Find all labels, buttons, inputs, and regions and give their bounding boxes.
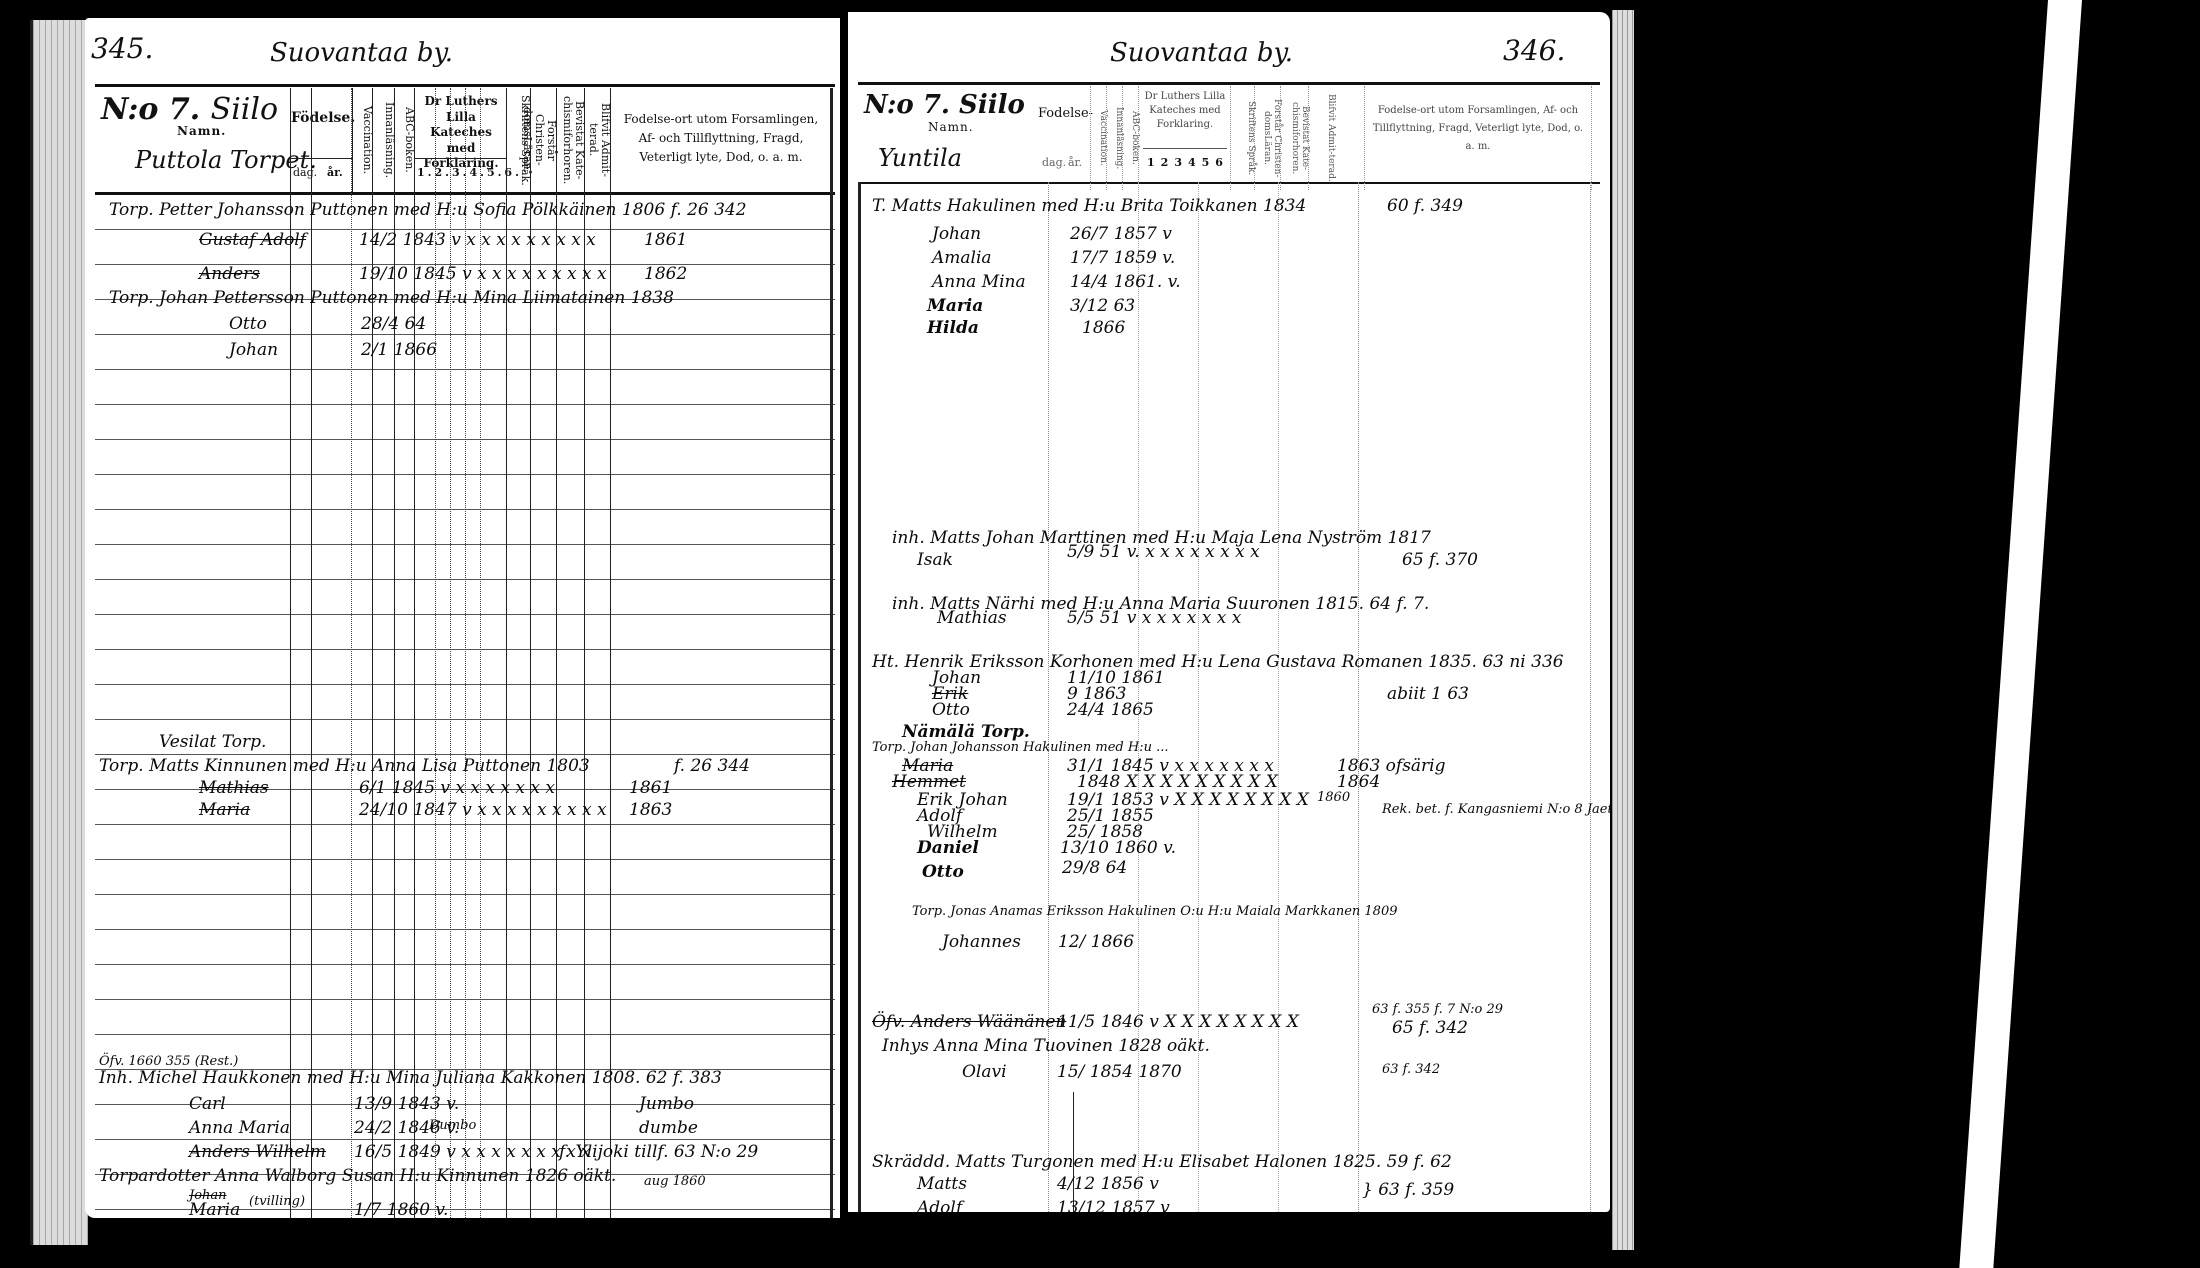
handwritten-entry: Carl — [189, 1094, 226, 1114]
handwritten-entry: 16/5 1849 v x x x x x x x x x — [354, 1142, 591, 1162]
handwritten-entry: Torp. Petter Johansson Puttonen med H:u … — [109, 200, 747, 220]
handwritten-entry: 14/4 1861. v. — [1070, 272, 1181, 292]
handwritten-entry: 1862 — [644, 264, 687, 284]
handwritten-entry: 11/5 1846 v X X X X X X X X — [1057, 1012, 1299, 1032]
handwritten-entry: 1861 — [644, 230, 687, 250]
page-edge-rule — [858, 182, 861, 1212]
handwritten-entry: dumbe — [639, 1118, 698, 1138]
handwritten-entry: 6/1 1845 v x x x x x x x — [359, 778, 555, 798]
handwritten-entry: 65 f. 342 — [1392, 1018, 1468, 1038]
column-rule — [450, 88, 451, 1218]
blifvit-column: Blifvit Admit-terad. — [584, 88, 611, 192]
remarks-column: Fodelse-ort utom Forsamlingen, Af- och T… — [1364, 86, 1592, 190]
handwritten-entry: Mathias — [199, 778, 269, 798]
handwritten-entry: Amalia — [932, 248, 992, 268]
handwritten-entry: Dumbo — [429, 1118, 476, 1133]
handwritten-entry: 13/10 1860 v. — [1060, 838, 1176, 858]
column-rule — [414, 88, 415, 1218]
handwritten-entry: Inhys Anna Mina Tuovinen 1828 oäkt. — [882, 1036, 1210, 1056]
handwritten-entry: Anna Mina — [932, 272, 1026, 292]
namn-label: Namn. — [177, 124, 226, 138]
column-rule — [556, 88, 557, 1218]
handwritten-entry: Anders Wilhelm — [189, 1142, 326, 1162]
handwritten-entry: Öfv. Anders Wäänänen — [872, 1012, 1066, 1032]
handwritten-entry: 5/9 51 v. x x x x x x x x — [1067, 542, 1260, 562]
handwritten-entry: Otto — [922, 862, 964, 882]
handwritten-entry: 1866 — [1082, 318, 1125, 338]
column-rule — [1278, 182, 1279, 1212]
luther-catechism-column: Dr Luthers Lilla Kateches med Forklaring… — [414, 88, 507, 192]
innanlasning-column: Innanläsning. — [1106, 86, 1123, 190]
handwritten-entry: 1860 — [1317, 790, 1350, 805]
handwritten-entry: (tvilling) — [249, 1194, 305, 1209]
column-rule — [610, 88, 611, 1218]
handwritten-entry: Torp. Johan Johansson Hakulinen med H:u … — [872, 740, 1168, 755]
village-heading: Suovantaa by. — [1110, 38, 1293, 68]
household-number: N:o 7. Siilo — [101, 92, 278, 127]
handwritten-entry: } 63 f. 359 — [1362, 1180, 1454, 1200]
handwritten-entry: 63 f. 342 — [1382, 1062, 1440, 1077]
column-rule — [1198, 182, 1199, 1212]
handwritten-entry: Johan — [932, 224, 981, 244]
handwritten-entry: Olavi — [962, 1062, 1007, 1082]
vaccination-column: Vaccination. — [352, 88, 373, 192]
handwritten-entry: Öfv. 1660 355 (Rest.) — [99, 1054, 238, 1069]
handwritten-entry: 17/7 1859 v. — [1070, 248, 1175, 268]
handwritten-entry: Maria — [199, 800, 250, 820]
handwritten-entry: f. Ylijoki tillf. 63 N:o 29 — [559, 1142, 758, 1162]
book-page-stack-right — [1612, 10, 1634, 1250]
column-rule — [311, 88, 312, 1218]
handwritten-entry: 24/4 1865 — [1067, 700, 1154, 720]
handwritten-entry: abiit 1 63 — [1387, 684, 1469, 704]
column-rule — [372, 88, 373, 1218]
handwritten-entry: 24/10 1847 v x x x x x x x x x — [359, 800, 607, 820]
handwritten-entry: Johannes — [942, 932, 1021, 952]
handwritten-entry: 63 f. 355 f. 7 N:o 29 — [1372, 1002, 1503, 1017]
handwritten-entry: Mathias — [937, 608, 1007, 628]
handwritten-entry: Inh. Michel Haukkonen med H:u Mina Julia… — [99, 1068, 722, 1088]
handwritten-entry: 13/12 1857 v — [1057, 1198, 1170, 1212]
handwritten-entry: 4/12 1856 v — [1057, 1174, 1159, 1194]
handwritten-entry: 29/8 64 — [1062, 858, 1127, 878]
scan-light-strip — [1959, 0, 2082, 1268]
handwritten-entry: Torp. Jonas Anamas Eriksson Hakulinen O:… — [912, 904, 1398, 919]
abc-boken-column: ABC-boken. — [394, 88, 415, 192]
column-rule — [435, 88, 436, 1218]
handwritten-entry: Hemmet — [892, 772, 966, 792]
fodelse-column: Fodelse- dag. år. — [1038, 86, 1090, 190]
handwritten-entry: 12/ 1866 — [1058, 932, 1134, 952]
village-heading: Suovantaa by. — [270, 38, 453, 68]
handwritten-entry: Anders — [199, 264, 260, 284]
column-rule — [584, 88, 585, 1218]
handwritten-entry: 60 f. 349 — [1387, 196, 1463, 216]
handwritten-entry: 15/ 1854 1870 — [1057, 1062, 1182, 1082]
handwritten-entry: 65 f. 370 — [1402, 550, 1478, 570]
household-number: N:o 7. Siilo — [864, 90, 1025, 120]
book-page-stack-left — [30, 20, 88, 1245]
handwritten-entry: Maria — [189, 1200, 240, 1218]
page-edge-rule — [830, 88, 833, 1218]
divider — [95, 84, 835, 87]
place-name: Yuntila — [878, 144, 962, 172]
page-number: 345. — [91, 32, 153, 65]
luther-catechism-column: Dr Luthers Lilla Kateches med Forklaring… — [1138, 86, 1231, 190]
column-rule — [351, 88, 352, 1218]
handwritten-entry: Otto — [932, 700, 970, 720]
divider — [858, 82, 1600, 85]
column-rule — [465, 88, 466, 1218]
handwritten-entry: Daniel — [917, 838, 979, 858]
handwritten-entry: Gustaf Adolf — [199, 230, 306, 250]
fodelse-column: Födelse. dag. år. — [290, 88, 353, 192]
handwritten-entry: Jumbo — [639, 1094, 694, 1114]
handwritten-entry: Maria — [927, 296, 983, 316]
forstar-column: Forstår Christen-domsLäran. — [530, 88, 557, 192]
handwritten-entry: Hilda — [927, 318, 979, 338]
handwritten-entry: 1864 — [1337, 772, 1380, 792]
handwritten-entry: f. 26 344 — [674, 756, 750, 776]
right-page: Suovantaa by. 346. N:o 7. Siilo Namn. Yu… — [848, 12, 1610, 1212]
handwritten-entry: Matts — [917, 1174, 967, 1194]
column-rule — [290, 88, 291, 1218]
handwritten-entry: Otto — [229, 314, 267, 334]
handwritten-entry: Vesilat Torp. — [159, 732, 266, 752]
blifvit-column: Blifvit Admit-terad. — [1308, 86, 1335, 190]
column-rule — [1048, 182, 1049, 1212]
handwritten-entry: Torp. Matts Kinnunen med H:u Anna Lisa P… — [99, 756, 590, 776]
handwritten-entry: 1/7 1860 v. — [354, 1200, 448, 1218]
remarks-column: Fodelse-ort utom Forsamlingen, Af- och T… — [610, 88, 832, 192]
handwritten-entry: Rek. bet. f. Kangasniemi N:o 8 Jaetu sel… — [1382, 802, 1610, 817]
namn-label: Namn. — [928, 120, 974, 134]
handwritten-entry: 26/7 1857 v — [1070, 224, 1172, 244]
column-rule — [530, 88, 531, 1218]
handwritten-entry: T. Matts Hakulinen med H:u Brita Toikkan… — [872, 196, 1306, 216]
column-header: N:o 7. Siilo Namn. Yuntila Fodelse- dag.… — [858, 86, 1600, 184]
handwritten-entry: Torp. Johan Pettersson Puttonen med H:u … — [109, 288, 674, 308]
column-rule — [506, 88, 507, 1218]
handwritten-entry: Torpardotter Anna Walborg Susan H:u Kinn… — [99, 1166, 616, 1186]
handwritten-entry: 3/12 63 — [1070, 296, 1135, 316]
handwritten-entry: 28/4 64 — [361, 314, 426, 334]
abc-boken-column: ABC-boken. — [1122, 86, 1139, 190]
handwritten-entry: 1863 — [629, 800, 672, 820]
column-rule — [1358, 182, 1359, 1212]
column-rule — [480, 88, 481, 1218]
handwritten-entry: 1848 X X X X X X X X X — [1077, 772, 1278, 792]
bevistat-column: Bevistat Kate-chismiforhoren. — [556, 88, 585, 192]
column-rule — [1590, 182, 1591, 1212]
handwritten-entry: Johan — [229, 340, 278, 360]
handwritten-entry: Anna Maria — [189, 1118, 290, 1138]
skriftens-sprak-column: Skriftens Språk. — [1230, 86, 1255, 190]
handwritten-entry: 1861 — [629, 778, 672, 798]
bevistat-column: Bevistat Kate-chismiforhoren. — [1280, 86, 1309, 190]
page-number: 346. — [1503, 34, 1565, 67]
handwritten-entry: 13/9 1843 v. — [354, 1094, 459, 1114]
column-rule — [1138, 182, 1139, 1212]
handwritten-entry: Adolf — [917, 1198, 962, 1212]
handwritten-entry: 19/10 1845 v x x x x x x x x x — [359, 264, 607, 284]
vaccination-column: Vaccination. — [1090, 86, 1107, 190]
innanlasning-column: Innanläsning. — [372, 88, 395, 192]
handwritten-entry: 5/5 51 v x x x x x x x — [1067, 608, 1241, 628]
handwritten-entry: aug 1860 — [644, 1174, 706, 1189]
handwritten-entry: Nämälä Torp. — [902, 722, 1030, 742]
handwritten-entry: Isak — [917, 550, 953, 570]
handwritten-entry: Skräddd. Matts Turgonen med H:u Elisabet… — [872, 1152, 1452, 1172]
handwritten-entry: 14/2 1843 v x x x x x x x x x — [359, 230, 596, 250]
forstar-column: Forstår Christen-domsLäran. — [1254, 86, 1281, 190]
left-page: 345. Suovantaa by. N:o 7. Siilo Namn. Pu… — [85, 18, 845, 1218]
handwritten-entry: 2/1 1866 — [361, 340, 437, 360]
column-rule — [394, 88, 395, 1218]
